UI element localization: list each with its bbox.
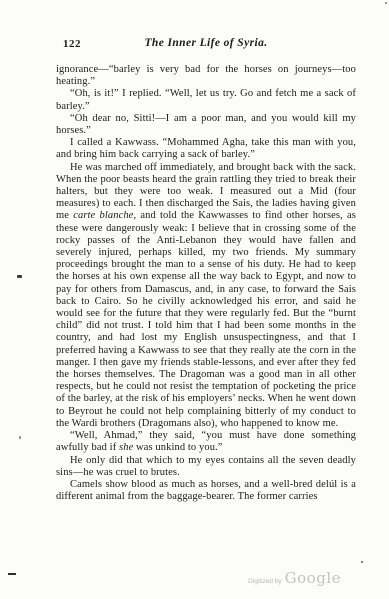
body-text: was unkind to you.” xyxy=(133,442,222,453)
scan-artifact xyxy=(8,573,16,575)
paragraph: He only did that which to my eyes contai… xyxy=(56,455,356,479)
scan-artifact xyxy=(19,436,21,439)
book-page: 122 The Inner Life of Syria. ignorance—“… xyxy=(0,0,389,599)
body-text: “Oh, is it!” I replied. “Well, let us tr… xyxy=(56,88,356,111)
google-logo: Google xyxy=(285,569,341,587)
paragraph: “Oh dear no, Sitti!—I am a poor man, and… xyxy=(56,113,356,137)
paragraph: Camels show blood as much as horses, and… xyxy=(56,479,356,503)
scan-artifact xyxy=(17,275,22,278)
text-block: ignorance—“barley is very bad for the ho… xyxy=(56,64,356,503)
digitized-by-google-watermark: Digitized by Google xyxy=(248,569,341,587)
paragraph: ignorance—“barley is very bad for the ho… xyxy=(56,64,356,88)
paragraph: “Oh, is it!” I replied. “Well, let us tr… xyxy=(56,88,356,112)
paragraph: He was marched off immediately, and brou… xyxy=(56,162,356,430)
scan-artifact xyxy=(385,2,387,4)
body-text: “Oh dear no, Sitti!—I am a poor man, and… xyxy=(56,113,356,136)
watermark-prefix: Digitized by xyxy=(248,578,282,585)
body-text: Camels show blood as much as horses, and… xyxy=(56,479,356,502)
body-text: He only did that which to my eyes contai… xyxy=(56,455,356,478)
scan-artifact xyxy=(361,561,363,563)
italic-text: she xyxy=(119,442,133,453)
italic-text: carte blanche xyxy=(73,210,133,221)
paragraph: I called a Kawwass. “Mohammed Agha, take… xyxy=(56,137,356,161)
body-text: , and told the Kawwasses to find other h… xyxy=(56,210,356,428)
running-title: The Inner Life of Syria. xyxy=(56,37,356,49)
paragraph: “Well, Ahmad,” they said, “you must have… xyxy=(56,430,356,454)
body-text: ignorance—“barley is very bad for the ho… xyxy=(56,64,356,87)
body-text: I called a Kawwass. “Mohammed Agha, take… xyxy=(56,137,356,160)
